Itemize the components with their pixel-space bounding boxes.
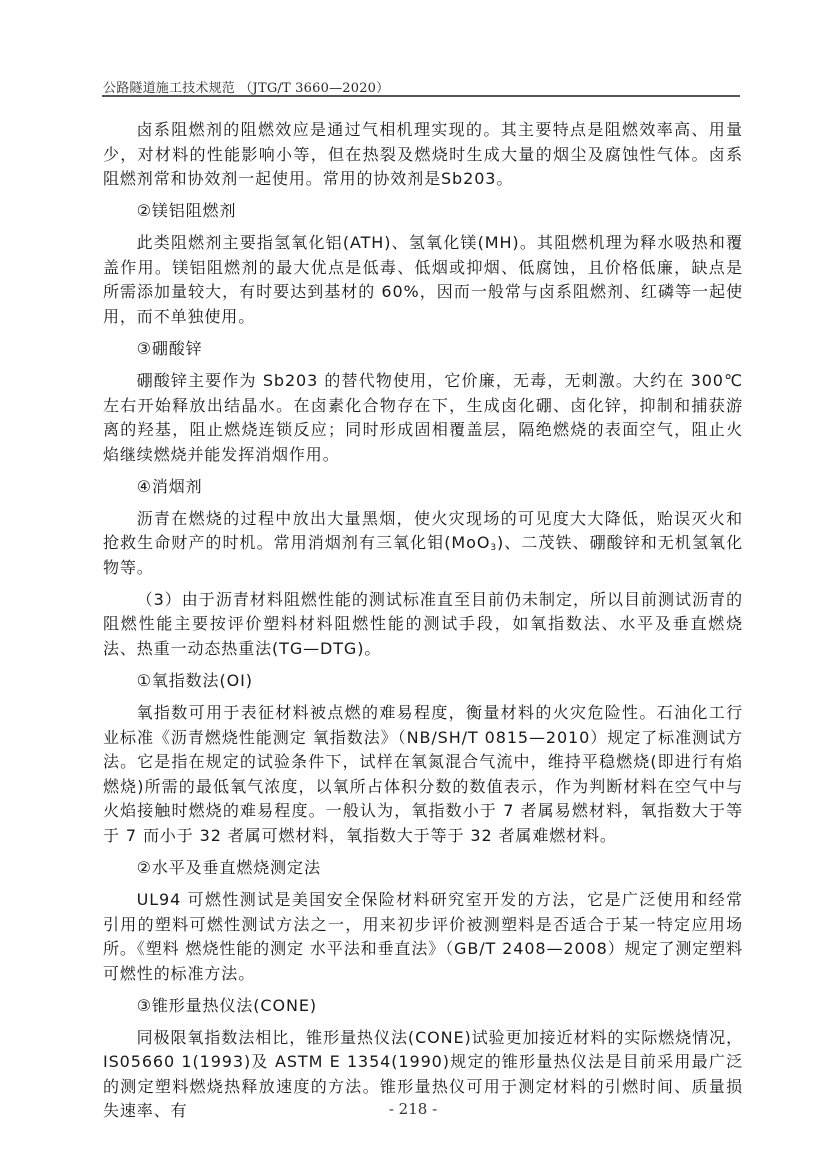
paragraph-oxygen-index: 氧指数可用于表征材料被点燃的难易程度，衡量材料的火灾危险性。石油化工行业标准《沥…	[103, 701, 743, 849]
heading-cone-calorimeter: ③锥形量热仪法(CONE)	[103, 994, 743, 1019]
paragraph-halogen-flame-retardant: 卤系阻燃剂的阻燃效应是通过气相机理实现的。其主要特点是阻燃效率高、用量少，对材料…	[103, 118, 743, 192]
subscript: 3	[490, 543, 497, 553]
paragraph-smoke-suppressant: 沥青在燃烧的过程中放出大量黑烟，使火灾现场的可见度大大降低，贻误灭火和抢救生命财…	[103, 507, 743, 581]
heading-zinc-borate: ③硼酸锌	[103, 337, 743, 362]
heading-horizontal-vertical-burning: ②水平及垂直燃烧测定法	[103, 856, 743, 881]
page-body: 卤系阻燃剂的阻燃效应是通过气相机理实现的。其主要特点是阻燃效率高、用量少，对材料…	[103, 118, 743, 1131]
running-header: 公路隧道施工技术规范 （JTG/T 3660—2020）	[103, 77, 740, 96]
paragraph-testing-methods: （3）由于沥青材料阻燃性能的测试标准直至目前仍未制定，所以目前测试沥青的阻燃性能…	[103, 588, 743, 662]
paragraph-ul94: UL94 可燃性测试是美国安全保险材料研究室开发的方法，它是广泛使用和经常引用的…	[103, 888, 743, 986]
page-number: - 218 -	[0, 1100, 826, 1118]
heading-oxygen-index: ①氧指数法(OI)	[103, 669, 743, 694]
heading-mg-al-flame-retardant: ②镁铝阻燃剂	[103, 199, 743, 224]
heading-smoke-suppressant: ④消烟剂	[103, 475, 743, 500]
paragraph-mg-al: 此类阻燃剂主要指氢氧化铝(ATH)、氢氧化镁(MH)。其阻燃机理为释水吸热和覆盖…	[103, 231, 743, 329]
header-rule	[102, 95, 740, 97]
paragraph-zinc-borate: 硼酸锌主要作为 Sb203 的替代物使用，它价廉，无毒，无刺激。大约在 300℃…	[103, 369, 743, 467]
